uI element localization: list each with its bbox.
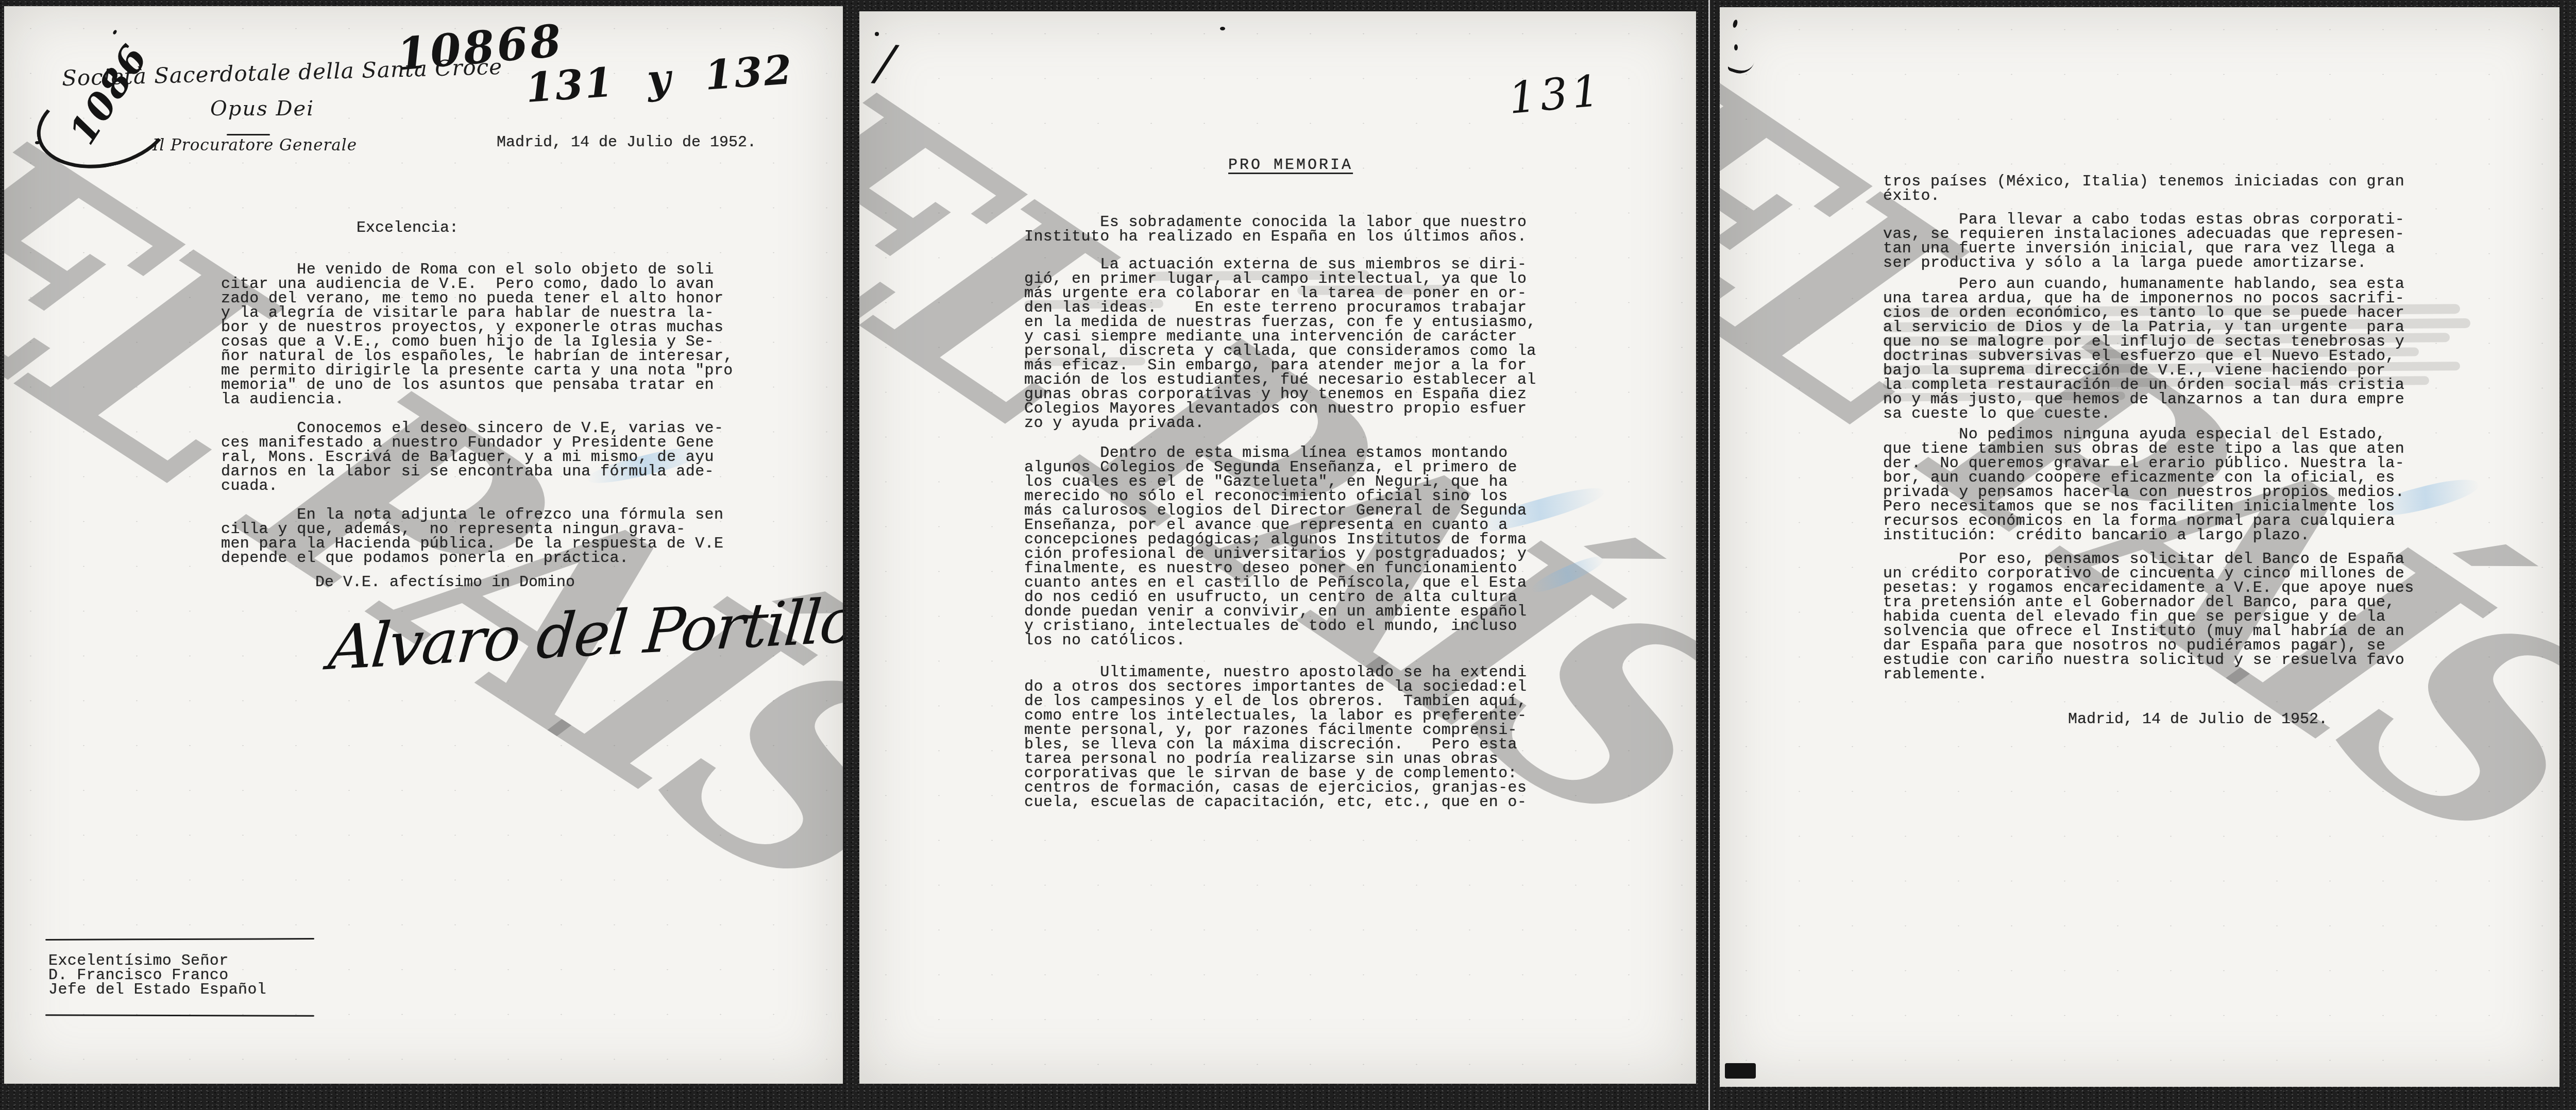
typed-line: bor y de nuestros proyectos, y exponerle… bbox=[221, 320, 733, 335]
typed-line: algunos Colegios de Segunda Enseñanza, e… bbox=[1024, 460, 1527, 475]
typed-line: tros países (México, Italia) tenemos ini… bbox=[1883, 175, 2404, 189]
typed-line: Pero necesitamos que se nos faciliten in… bbox=[1883, 500, 2404, 514]
paragraph-1: Es sobradamente conocida la labor que nu… bbox=[1024, 215, 1527, 244]
typed-line: más calurosos elogios del Director Gener… bbox=[1024, 504, 1527, 518]
typed-line: darnos en la labor si se encontraba una … bbox=[221, 465, 723, 479]
typed-line: mente personal, y, por razones fácilment… bbox=[1024, 723, 1527, 738]
typed-line: ces manifestado a nuestro Fundador y Pre… bbox=[221, 436, 723, 450]
typed-line: y la alegría de visitarle para hablar de… bbox=[221, 306, 733, 320]
typed-line: al servicio de Dios y de la Patria, y ta… bbox=[1883, 320, 2404, 335]
memo-title: PRO MEMORIA bbox=[1228, 157, 1353, 174]
pro-memoria-page: EL PAÍS / 131 PRO MEMORIA Es sobradament… bbox=[859, 11, 1696, 1084]
typed-line: merecido no sólo el reconocimiento ofici… bbox=[1024, 489, 1527, 504]
typed-line: gunas obras corporativas y hoy tenemos e… bbox=[1024, 387, 1536, 402]
handwritten-corner-mark: / bbox=[874, 33, 896, 93]
scan-corner-blemish bbox=[1725, 1063, 1756, 1079]
date-line: Madrid, 14 de Julio de 1952. bbox=[2068, 711, 2328, 728]
letterhead-office-title: Il Procuratore Generale bbox=[152, 136, 357, 155]
typed-line: cuanto antes en el castillo de Peñíscola… bbox=[1024, 576, 1527, 590]
signature-alvaro-del-portillo: Alvaro del Portillo bbox=[326, 585, 843, 684]
typed-line: Dentro de esta misma línea estamos monta… bbox=[1024, 446, 1527, 460]
typed-line: bor, aun cuando coopere eficazmente con … bbox=[1883, 471, 2404, 485]
typed-line: los cuales es el de "Gaztelueta", en Neg… bbox=[1024, 475, 1527, 489]
typed-line: la completa restauración de un órden soc… bbox=[1883, 378, 2404, 392]
ink-speck bbox=[1732, 19, 1738, 28]
closing-line: De V.E. afectísimo in Domino bbox=[315, 574, 575, 591]
typed-line: concepciones pedagógicas; algunos Instit… bbox=[1024, 533, 1527, 547]
pro-memoria-continuation-page: EL PAÍS tros países (México, Italia) ten… bbox=[1720, 7, 2560, 1087]
typed-line: ción profesional de universitarios y pos… bbox=[1024, 547, 1527, 561]
typed-line: tarea personal no podría realizarse sin … bbox=[1024, 752, 1527, 766]
typed-line: memoria" de uno de los asuntos que pensa… bbox=[221, 378, 733, 392]
paragraph-2: Conocemos el deseo sincero de V.E, varia… bbox=[221, 421, 723, 493]
typed-line: en la medida de nuestras fuerzas, con fe… bbox=[1024, 315, 1536, 330]
paragraph-2: La actuación externa de sus miembros se … bbox=[1024, 258, 1536, 431]
typed-line: cilla y que, además, no representa ningu… bbox=[221, 522, 723, 537]
ink-speck bbox=[1220, 27, 1225, 30]
typed-line: D. Francisco Franco bbox=[48, 968, 266, 983]
typed-line: Colegios Mayores levantados con nuestro … bbox=[1024, 402, 1536, 416]
typed-line: que no se malogre por el influjo de sect… bbox=[1883, 335, 2404, 349]
blue-pencil-mark bbox=[1529, 552, 1606, 597]
typed-line: Excelentísimo Señor bbox=[48, 954, 266, 968]
recipient-address-block: Excelentísimo SeñorD. Francisco FrancoJe… bbox=[48, 954, 266, 997]
typed-line: éxito. bbox=[1883, 189, 2404, 203]
typed-line: tan una fuerte inversión inicial, que ra… bbox=[1883, 242, 2404, 256]
typed-line: do nos cedió en usufructo, un centro de … bbox=[1024, 590, 1527, 605]
typed-line: no y más justo, que hemos de lanzarnos a… bbox=[1883, 392, 2404, 407]
typed-line: cuela, escuelas de capacitación, etc, et… bbox=[1024, 795, 1527, 810]
date-line: Madrid, 14 de Julio de 1952. bbox=[497, 134, 756, 151]
typed-line: Pero aun cuando, humanamente hablando, s… bbox=[1883, 277, 2404, 292]
letterhead-divider bbox=[227, 134, 270, 135]
typed-line: Enseñanza, por el avance que representa … bbox=[1024, 518, 1527, 533]
letterhead-institution-name: Opus Dei bbox=[210, 97, 314, 121]
typed-line: solvencia que ofrece el Instituto (muy m… bbox=[1883, 624, 2414, 639]
ink-speck bbox=[112, 29, 117, 35]
typed-line: ser productiva y sólo a la larga puede a… bbox=[1883, 256, 2404, 270]
typed-line: institución: crédito bancario a largo pl… bbox=[1883, 528, 2404, 543]
typed-line: Conocemos el deseo sincero de V.E, varia… bbox=[221, 421, 723, 436]
typed-line: cosas que a V.E., como buen hijo de la I… bbox=[221, 335, 733, 349]
typed-line: doctrinas subversivas el esfuerzo que el… bbox=[1883, 349, 2404, 364]
ink-speck bbox=[875, 32, 879, 36]
typed-line: der. No queremos gravar el erario públic… bbox=[1883, 456, 2404, 471]
paragraph-1: He venido de Roma con el solo objeto de … bbox=[221, 263, 733, 407]
recipient-top-rule bbox=[45, 938, 314, 941]
typed-line: zado del verano, me temo no pueda tener … bbox=[221, 292, 733, 306]
typed-line: habida cuenta del elevado fin que se per… bbox=[1883, 610, 2414, 624]
typed-line: En la nota adjunta le ofrezco una fórmul… bbox=[221, 508, 723, 522]
typed-line: cios de orden económico, es tanto lo que… bbox=[1883, 306, 2404, 320]
typed-line: me permito dirigirle la presente carta y… bbox=[221, 364, 733, 378]
typed-line: den las ideas. En este terreno procuramo… bbox=[1024, 301, 1536, 315]
typed-line: Por eso, pensamos solicitar del Banco de… bbox=[1883, 552, 2414, 567]
scanned-document-canvas: { "watermark_text": "EL PAÍS", "pages": … bbox=[0, 0, 2576, 1110]
typed-line: una tarea ardua, que ha de imponernos no… bbox=[1883, 292, 2404, 306]
typed-line: gió, en primer lugar, al campo intelectu… bbox=[1024, 272, 1536, 286]
typed-line: Jefe del Estado Español bbox=[48, 983, 266, 997]
typed-line: estudie con cariño nuestra solicitud y s… bbox=[1883, 653, 2414, 668]
typed-line: zo y ayuda privada. bbox=[1024, 416, 1536, 431]
typed-line: bles, se lleva con la máxima discreción.… bbox=[1024, 738, 1527, 752]
typed-line: bajo la suprema dirección de V.E., viene… bbox=[1883, 364, 2404, 378]
typed-line: y cristiano, intelectuales de todo el mu… bbox=[1024, 619, 1527, 634]
typed-line: corporativas que le sirvan de base y de … bbox=[1024, 766, 1527, 781]
typed-line: donde puedan venir a convivir, en un amb… bbox=[1024, 605, 1527, 619]
handwritten-folio-number: 131 bbox=[1506, 65, 1605, 124]
typed-line: citar una audiencia de V.E. Pero como, d… bbox=[221, 277, 733, 292]
typed-line: vas, se requieren instalaciones adecuada… bbox=[1883, 227, 2404, 242]
typed-line: como entre los intelectuales, la labor e… bbox=[1024, 709, 1527, 723]
typed-line: ral, Mons. Escrivá de Balaguer, y a mi m… bbox=[221, 450, 723, 465]
typed-line: mación de los estudiantes, fué necesario… bbox=[1024, 373, 1536, 387]
typed-line: dar España para que nosotros no pudiéram… bbox=[1883, 639, 2414, 653]
paragraph-4: No pedimos ninguna ayuda especial del Es… bbox=[1883, 428, 2404, 543]
paragraph-3: En la nota adjunta le ofrezco una fórmul… bbox=[221, 508, 723, 566]
typed-line: Ultimamente, nuestro apostolado se ha ex… bbox=[1024, 665, 1527, 680]
typed-line: más eficaz. Sin embargo, para atender me… bbox=[1024, 358, 1536, 373]
typed-line: depende el que podamos ponerla en prácti… bbox=[221, 551, 723, 566]
paragraph-2: Para llevar a cabo todas estas obras cor… bbox=[1883, 213, 2404, 270]
letter-page-1: EL PAÍS Società Sacerdotale della Santa … bbox=[4, 6, 843, 1084]
salutation: Excelencia: bbox=[357, 219, 459, 237]
typed-line: cuada. bbox=[221, 479, 723, 493]
typed-line: que tiene tambien sus obras de este tipo… bbox=[1883, 442, 2404, 456]
typed-line: Es sobradamente conocida la labor que nu… bbox=[1024, 215, 1527, 230]
typed-line: Instituto ha realizado en España en los … bbox=[1024, 230, 1527, 244]
typed-line: personal, discreta y callada, que consid… bbox=[1024, 344, 1536, 358]
ink-speck bbox=[35, 141, 40, 144]
typed-line: Para llevar a cabo todas estas obras cor… bbox=[1883, 213, 2404, 227]
typed-line: men para la Hacienda pública. De la resp… bbox=[221, 537, 723, 551]
typed-line: finalmente, es nuestro deseo poner en fu… bbox=[1024, 561, 1527, 576]
paragraph-3: Pero aun cuando, humanamente hablando, s… bbox=[1883, 277, 2404, 421]
paragraph-4: Ultimamente, nuestro apostolado se ha ex… bbox=[1024, 665, 1527, 810]
typed-line: sa cueste lo que cueste. bbox=[1883, 407, 2404, 421]
typed-line: No pedimos ninguna ayuda especial del Es… bbox=[1883, 428, 2404, 442]
typed-line: He venido de Roma con el solo objeto de … bbox=[221, 263, 733, 277]
typed-line: y casi siempre mediante una intervención… bbox=[1024, 330, 1536, 344]
typed-line: tra pretensión ante el Gobernador del Ba… bbox=[1883, 595, 2414, 610]
paragraph-1: tros países (México, Italia) tenemos ini… bbox=[1883, 175, 2404, 203]
typed-line: la audiencia. bbox=[221, 392, 733, 407]
ink-speck bbox=[1734, 44, 1738, 50]
paragraph-5: Por eso, pensamos solicitar del Banco de… bbox=[1883, 552, 2414, 682]
typed-line: privada y pensamos hacerla con nuestros … bbox=[1883, 485, 2404, 500]
paragraph-3: Dentro de esta misma línea estamos monta… bbox=[1024, 446, 1527, 648]
ink-stroke bbox=[1727, 54, 1755, 78]
typed-line: pesetas: y rogamos encarecidamente a V.E… bbox=[1883, 581, 2414, 595]
typed-line: La actuación externa de sus miembros se … bbox=[1024, 258, 1536, 272]
scan-gap-hairline bbox=[1708, 0, 1710, 1110]
typed-line: rablemente. bbox=[1883, 668, 2414, 682]
typed-line: un crédito corporativo de cincuenta y ci… bbox=[1883, 567, 2414, 581]
typed-line: los no católicos. bbox=[1024, 634, 1527, 648]
typed-line: centros de formación, casas de ejercicio… bbox=[1024, 781, 1527, 795]
typed-line: ñor natural de los españoles, le habrían… bbox=[221, 349, 733, 364]
typed-line: de los campesinos y el de los obreros. T… bbox=[1024, 694, 1527, 709]
typed-line: más urgente era colaborar en la tarea de… bbox=[1024, 286, 1536, 301]
recipient-bottom-rule bbox=[45, 1014, 314, 1016]
typed-line: recursos económicos en la forma normal p… bbox=[1883, 514, 2404, 528]
typed-line: do a otros dos sectores importantes de l… bbox=[1024, 680, 1527, 694]
